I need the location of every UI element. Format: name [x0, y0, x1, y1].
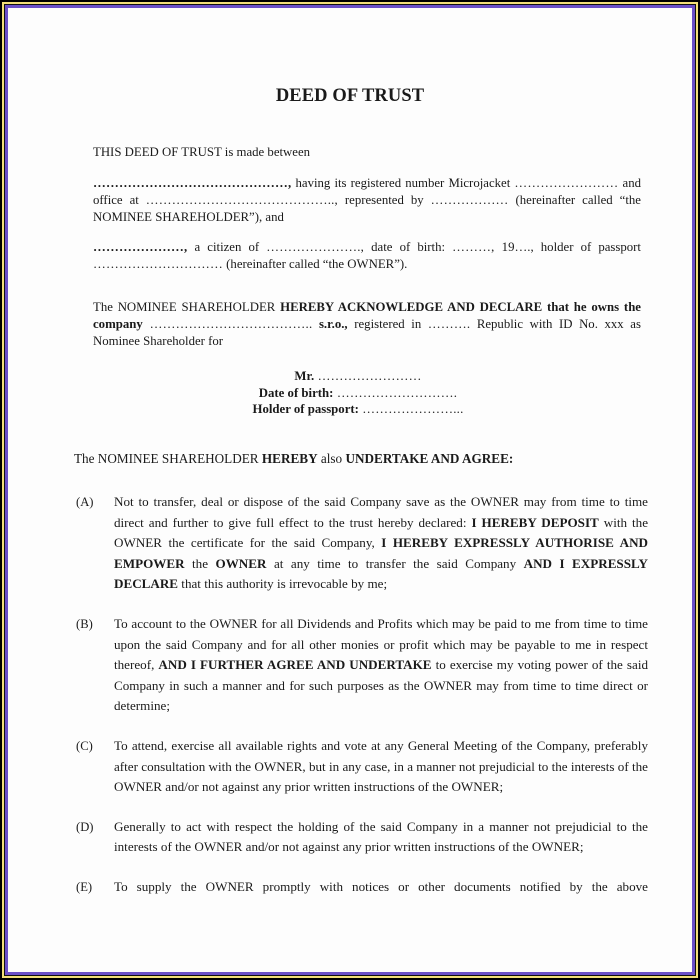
- passport-label: Holder of passport:: [253, 402, 359, 416]
- clause-label: (A): [76, 492, 93, 513]
- nominee-name-blank: ………………………………………,: [93, 176, 291, 190]
- represented-by-blank: ………………: [431, 193, 509, 207]
- clause-label: (B): [76, 614, 93, 635]
- text-fragment: a citizen of: [187, 240, 266, 254]
- text-fragment: holder of passport: [534, 240, 641, 254]
- clause-item: (E)To supply the OWNER promptly with not…: [74, 877, 648, 898]
- bold-fragment: I HEREBY DEPOSIT: [471, 515, 598, 530]
- text-fragment: at any time to transfer the said Company: [266, 556, 523, 571]
- country-blank: ……….: [428, 317, 470, 331]
- text-fragment: the: [185, 556, 216, 571]
- owner-name-blank: …………………,: [93, 240, 187, 254]
- dob-value-blank: ……………………….: [333, 386, 457, 400]
- declaration-paragraph: The NOMINEE SHAREHOLDER HEREBY ACKNOWLED…: [93, 299, 641, 349]
- text-fragment: having its registered number Microjacket: [291, 176, 514, 190]
- text-fragment: 19….,: [495, 240, 534, 254]
- clause-body: To account to the OWNER for all Dividend…: [114, 614, 648, 717]
- text-fragment: To supply the OWNER promptly with notice…: [114, 879, 648, 894]
- party-owner-paragraph: …………………, a citizen of …………………., date of …: [93, 239, 641, 273]
- clause-item: (A)Not to transfer, deal or dispose of t…: [74, 492, 648, 595]
- document-page: DEED OF TRUST THIS DEED OF TRUST is made…: [8, 8, 692, 972]
- dob-blank: ………,: [452, 240, 494, 254]
- passport-blank: …………………………: [93, 257, 223, 271]
- office-blank: ……………………………………..,: [146, 193, 338, 207]
- party-nominee-paragraph: ………………………………………, having its registered n…: [93, 175, 641, 225]
- company-name-blank: ………………………………..: [143, 317, 313, 331]
- citizen-blank: ………………….,: [266, 240, 364, 254]
- registered-number-blank: ……………………: [514, 176, 618, 190]
- clause-item: (D)Generally to act with respect the hol…: [74, 817, 648, 858]
- bold-fragment: OWNER: [216, 556, 267, 571]
- text-fragment: Generally to act with respect the holdin…: [114, 819, 648, 855]
- clause-body: Generally to act with respect the holdin…: [114, 817, 648, 858]
- bold-fragment: AND I FURTHER AGREE AND UNDERTAKE: [158, 657, 431, 672]
- undertake-heading: The NOMINEE SHAREHOLDER HEREBY also UNDE…: [74, 451, 654, 467]
- owner-passport-row: Holder of passport: …………………...: [24, 401, 692, 418]
- text-fragment: (hereinafter called “the OWNER”).: [223, 257, 407, 271]
- clause-list: (A)Not to transfer, deal or dispose of t…: [74, 492, 648, 917]
- mr-blank: ……………………: [314, 369, 421, 383]
- clause-body: Not to transfer, deal or dispose of the …: [114, 492, 648, 595]
- inner-black-border: DEED OF TRUST THIS DEED OF TRUST is made…: [4, 4, 696, 976]
- bold-fragment: s.r.o.,: [312, 317, 347, 331]
- clause-label: (E): [76, 877, 92, 898]
- text-fragment: that this authority is irrevocable by me…: [178, 576, 387, 591]
- clause-body: To attend, exercise all available rights…: [114, 736, 648, 798]
- text-fragment: To attend, exercise all available rights…: [114, 738, 648, 794]
- intro-line: THIS DEED OF TRUST is made between: [93, 144, 641, 161]
- clause-label: (D): [76, 817, 93, 838]
- text-fragment: The NOMINEE SHAREHOLDER: [93, 300, 280, 314]
- bold-fragment: UNDERTAKE AND AGREE:: [345, 451, 513, 466]
- clause-body: To supply the OWNER promptly with notice…: [114, 877, 648, 898]
- document-title: DEED OF TRUST: [8, 86, 692, 107]
- dob-label: Date of birth:: [259, 386, 334, 400]
- owner-name-row: Mr. ……………………: [24, 368, 692, 385]
- text-fragment: registered in: [348, 317, 428, 331]
- bold-fragment: HEREBY: [262, 451, 318, 466]
- outer-frame: DEED OF TRUST THIS DEED OF TRUST is made…: [0, 0, 700, 980]
- owner-dob-row: Date of birth: ……………………….: [24, 385, 692, 402]
- text-fragment: represented by: [338, 193, 431, 207]
- text-fragment: also: [318, 451, 346, 466]
- purple-border: DEED OF TRUST THIS DEED OF TRUST is made…: [5, 5, 695, 975]
- clause-item: (C)To attend, exercise all available rig…: [74, 736, 648, 798]
- yellow-border: DEED OF TRUST THIS DEED OF TRUST is made…: [2, 2, 698, 978]
- passport-value-blank: …………………...: [359, 402, 464, 416]
- clause-item: (B)To account to the OWNER for all Divid…: [74, 614, 648, 717]
- text-fragment: date of birth:: [364, 240, 452, 254]
- owner-details-block: Mr. …………………… Date of birth: ………………………. H…: [8, 368, 692, 418]
- mr-label: Mr.: [294, 369, 314, 383]
- text-fragment: The NOMINEE SHAREHOLDER: [74, 451, 262, 466]
- clause-label: (C): [76, 736, 93, 757]
